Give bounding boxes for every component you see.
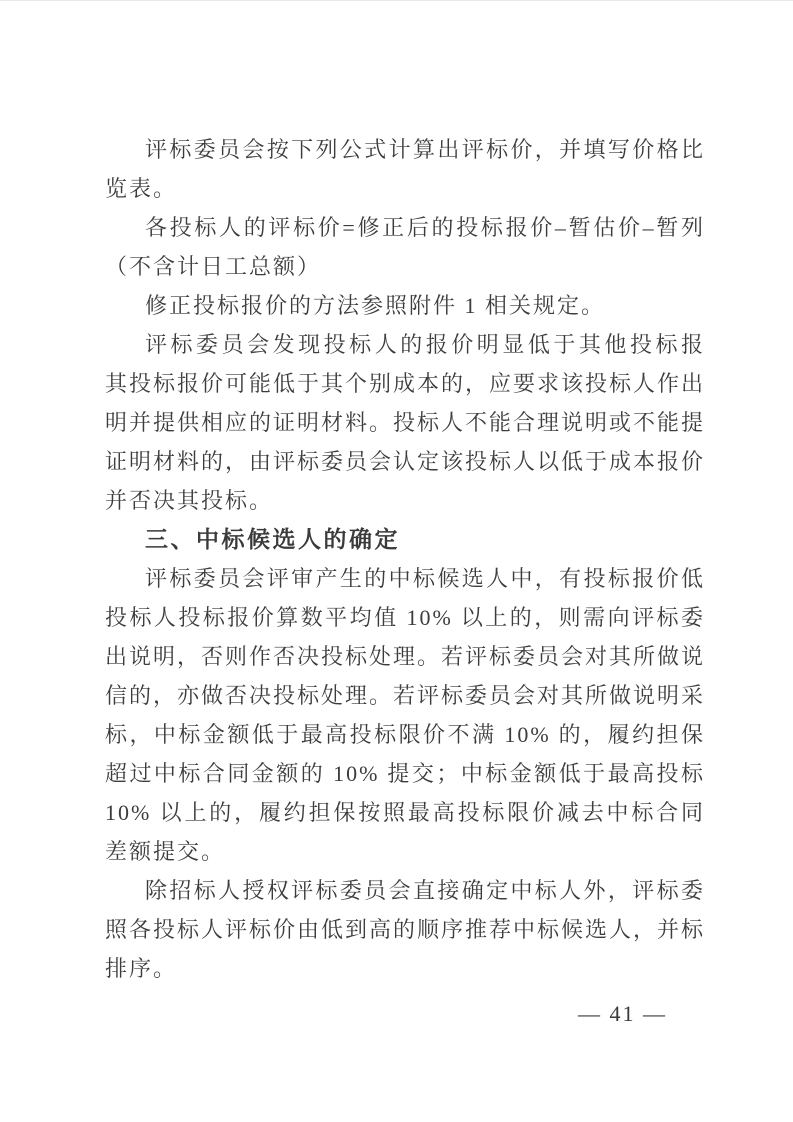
body-line: 10% 以上的，履约担保按照最高投标限价减去中标合同金额后的 <box>105 793 705 832</box>
page-number: — 41 — <box>578 999 667 1029</box>
body-line: 排序。 <box>105 949 705 988</box>
body-line: 出说明，否则作否决投标处理。若评标委员会对其所做说明未采 <box>105 637 705 676</box>
body-line: 览表。 <box>105 169 705 208</box>
body-line: 投标人投标报价算数平均值 10% 以上的，则需向评标委员会做 <box>105 598 705 637</box>
body-line: 评标委员会按下列公式计算出评标价，并填写价格比较一 <box>105 130 705 169</box>
document-body: 评标委员会按下列公式计算出评标价，并填写价格比较一 览表。 各投标人的评标价=修… <box>105 130 705 988</box>
body-line: 评标委员会发现投标人的报价明显低于其他投标报价，使得 <box>105 325 705 364</box>
body-line: 差额提交。 <box>105 832 705 871</box>
body-line: 明并提供相应的证明材料。投标人不能合理说明或不能提供相应 <box>105 403 705 442</box>
body-line: 除招标人授权评标委员会直接确定中标人外，评标委员会按 <box>105 871 705 910</box>
body-line: 评标委员会评审产生的中标候选人中，有投标报价低于有效 <box>105 559 705 598</box>
body-line: 信的，亦做否决投标处理。若评标委员会对其所做说明采信且中 <box>105 676 705 715</box>
body-line: 证明材料的，由评标委员会认定该投标人以低于成本报价竞标， <box>105 442 705 481</box>
body-line: 修正投标报价的方法参照附件 1 相关规定。 <box>105 286 705 325</box>
body-line: 照各投标人评标价由低到高的顺序推荐中标候选人，并标明 <box>105 910 705 949</box>
body-line: 其投标报价可能低于其个别成本的，应要求该投标人作出书面说 <box>105 364 705 403</box>
formula-note-line: （不含计日工总额） <box>105 247 705 286</box>
body-line: 超过中标合同金额的 10% 提交；中标金额低于最高投标限价 <box>105 754 705 793</box>
section-heading: 三、中标候选人的确定 <box>105 520 705 559</box>
body-line: 并否决其投标。 <box>105 481 705 520</box>
body-line: 标，中标金额低于最高投标限价不满 10% 的，履约担保按照不 <box>105 715 705 754</box>
formula-line: 各投标人的评标价=修正后的投标报价–暂估价–暂列金额 <box>105 208 705 247</box>
